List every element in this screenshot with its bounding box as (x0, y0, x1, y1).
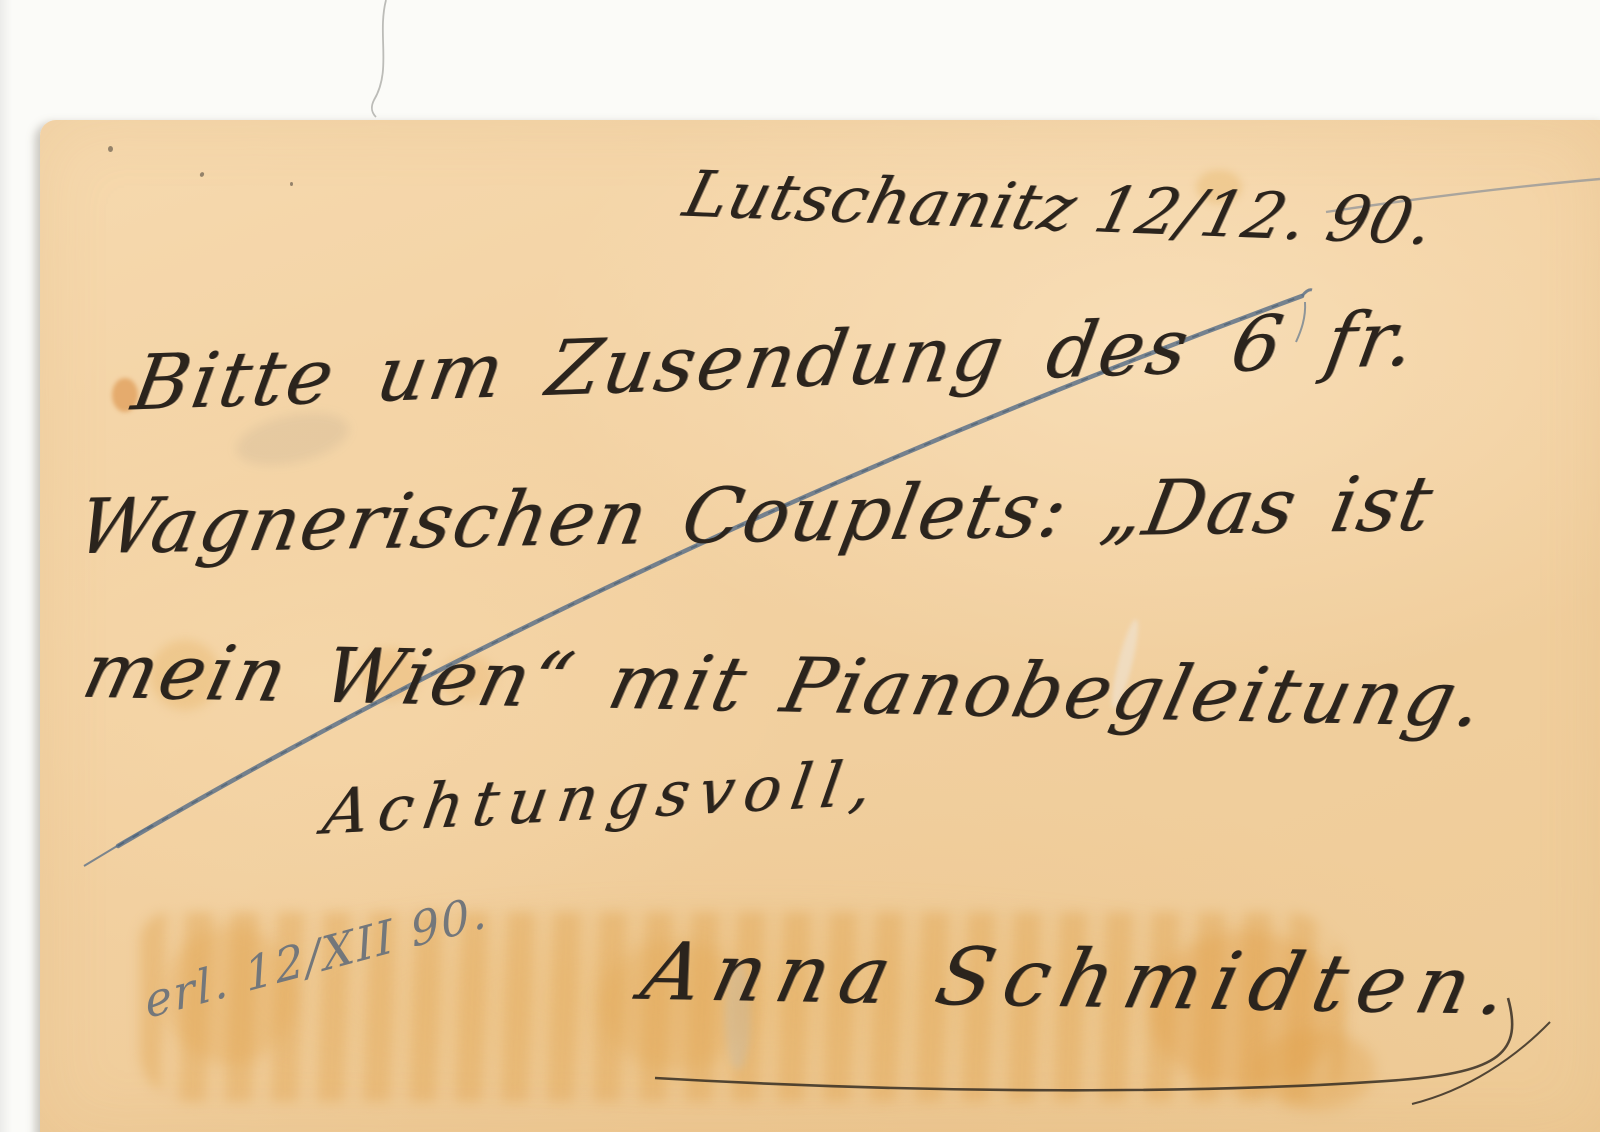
stain-blob (1255, 1030, 1375, 1110)
signature-text: Anna Schmidten. (634, 925, 1529, 1033)
paper-speck (108, 146, 113, 152)
paper-fiber (372, 0, 386, 117)
paper-speck (290, 182, 293, 186)
scan-background: Lutschanitz 12/12. 90. Bitte um Zusendun… (0, 0, 1600, 1132)
